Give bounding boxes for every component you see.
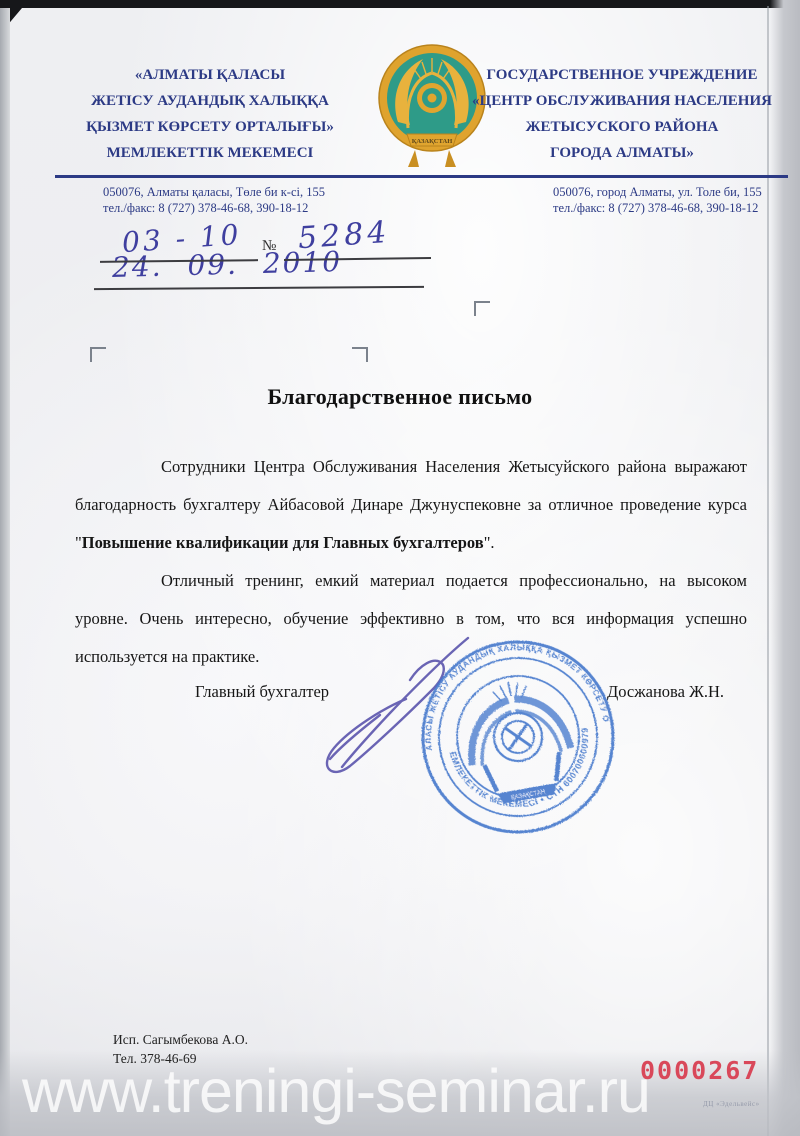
scan-edge-left	[0, 8, 10, 1136]
signer-name: Досжанова Ж.Н.	[607, 682, 724, 702]
p1-course-name: Повышение квалификации для Главных бухга…	[82, 533, 484, 552]
org-ru-line: ЖЕТЫСУСКОГО РАЙОНА	[462, 114, 782, 140]
address-kazakh: 050076, Алматы қаласы, Төле би к-сі, 155…	[103, 184, 325, 216]
executor-name: Исп. Сагымбекова А.О.	[113, 1030, 248, 1049]
p1-text-end: ".	[484, 533, 495, 552]
serial-number: 0000267	[640, 1056, 759, 1085]
paragraph-1: Сотрудники Центра Обслуживания Населения…	[75, 448, 747, 562]
emblem-banner-text: ҚАЗАҚСТАН	[412, 138, 453, 145]
org-kk-line: «АЛМАТЫ ҚАЛАСЫ	[50, 62, 370, 88]
address-ru-line: 050076, город Алматы, ул. Толе би, 155	[553, 184, 762, 200]
address-ru-line: тел./факс: 8 (727) 378-46-68, 390-18-12	[553, 200, 762, 216]
org-ru-line: «ЦЕНТР ОБСЛУЖИВАНИЯ НАСЕЛЕНИЯ	[462, 88, 782, 114]
address-russian: 050076, город Алматы, ул. Толе би, 155 т…	[553, 184, 762, 216]
org-name-kazakh: «АЛМАТЫ ҚАЛАСЫ ЖЕТІСУ АУДАНДЫҚ ХАЛЫҚҚА Қ…	[50, 62, 370, 166]
letterhead-divider	[55, 175, 788, 178]
org-ru-line: ГОРОДА АЛМАТЫ»	[462, 140, 782, 166]
letter-title: Благодарственное письмо	[0, 384, 800, 410]
scan-edge-top	[0, 0, 800, 8]
crop-mark	[352, 347, 368, 362]
crop-mark	[90, 347, 106, 362]
org-kk-line: ЖЕТІСУ АУДАНДЫҚ ХАЛЫҚҚА	[50, 88, 370, 114]
org-ru-line: ГОСУДАРСТВЕННОЕ УЧРЕЖДЕНИЕ	[462, 62, 782, 88]
address-kk-line: 050076, Алматы қаласы, Төле би к-сі, 155	[103, 184, 325, 200]
handwritten-date: 24. 09. 2010	[112, 245, 343, 284]
org-kk-line: ҚЫЗМЕТ КӨРСЕТУ ОРТАЛЫҒЫ»	[50, 114, 370, 140]
org-kk-line: МЕМЛЕКЕТТІК МЕКЕМЕСІ	[50, 140, 370, 166]
underline	[94, 286, 424, 290]
scan-edge-right	[770, 0, 800, 1136]
org-name-russian: ГОСУДАРСТВЕННОЕ УЧРЕЖДЕНИЕ «ЦЕНТР ОБСЛУЖ…	[462, 62, 782, 166]
print-shop-mark: ДЦ «Эдельвейс»	[703, 1100, 760, 1108]
crop-mark	[474, 301, 490, 316]
official-round-stamp: «АЛМАТЫ ҚАЛАСЫ ЖЕТІСУ АУДАНДЫҚ ХАЛЫҚҚА Қ…	[418, 637, 618, 837]
scanned-letter-page: «АЛМАТЫ ҚАЛАСЫ ЖЕТІСУ АУДАНДЫҚ ХАЛЫҚҚА Қ…	[0, 0, 800, 1136]
address-kk-line: тел./факс: 8 (727) 378-46-68, 390-18-12	[103, 200, 325, 216]
